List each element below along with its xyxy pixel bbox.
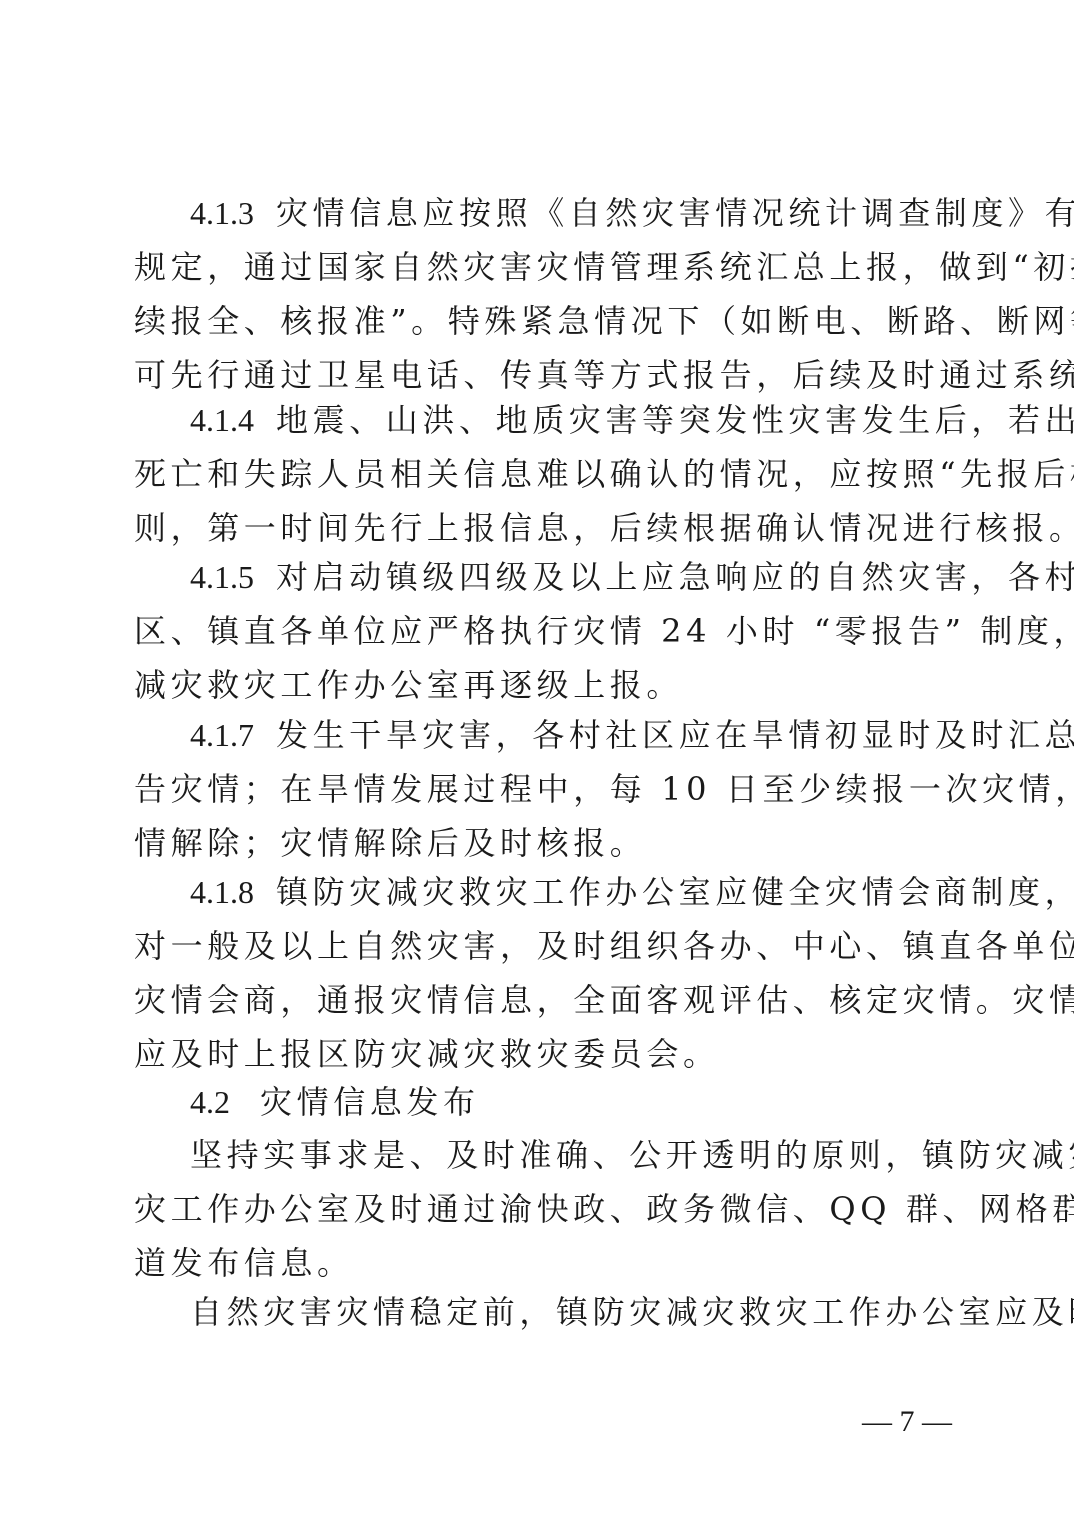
document-page: 4.1.3灾情信息应按照《自然灾害情况统计调查制度》有关 规定，通过国家自然灾害…	[0, 0, 1074, 1520]
paragraph-4-1-3-line-4: 可先行通过卫星电话、传真等方式报告，后续及时通过系统补报。	[134, 355, 946, 395]
paragraph-4-1-8-line-1: 4.1.8镇防灾减灾救灾工作办公室应健全灾情会商制度，针	[190, 872, 946, 912]
section-number: 4.1.5	[190, 559, 254, 595]
paragraph-4-1-5-line-2: 区、镇直各单位应严格执行灾情 24 小时 “零报告” 制度，镇防灾	[134, 611, 946, 651]
paragraph-4-1-7-line-2: 告灾情；在旱情发展过程中，每 10 日至少续报一次灾情，直至灾	[134, 769, 946, 809]
section-heading-4-2: 4.2灾情信息发布	[190, 1082, 946, 1122]
paragraph-4-1-4-line-1: 4.1.4地震、山洪、地质灾害等突发性灾害发生后，若出现	[190, 400, 946, 440]
paragraph-4-1-3-line-3: 续报全、核报准”。特殊紧急情况下（如断电、断路、断网等），	[134, 301, 946, 341]
paragraph-publish-line-3: 道发布信息。	[134, 1243, 946, 1283]
paragraph-4-1-5-line-3: 减灾救灾工作办公室再逐级上报。	[134, 665, 946, 705]
paragraph-4-1-7-line-3: 情解除；灾情解除后及时核报。	[134, 823, 946, 863]
page-number: — 7 —	[862, 1404, 952, 1440]
section-number: 4.1.4	[190, 402, 254, 438]
paragraph-4-1-8-line-4: 应及时上报区防灾减灾救灾委员会。	[134, 1034, 946, 1074]
paragraph-4-1-3-line-1: 4.1.3灾情信息应按照《自然灾害情况统计调查制度》有关	[190, 193, 946, 233]
paragraph-4-1-8-line-2: 对一般及以上自然灾害，及时组织各办、中心、镇直各单位开展	[134, 926, 946, 966]
paragraph-4-1-7-line-1: 4.1.7发生干旱灾害，各村社区应在旱情初显时及时汇总报	[190, 715, 946, 755]
section-number: 4.1.3	[190, 195, 254, 231]
paragraph-publish-line-2: 灾工作办公室及时通过渝快政、政务微信、QQ 群、网格群等渠	[134, 1189, 946, 1229]
paragraph-4-1-4-line-2: 死亡和失踪人员相关信息难以确认的情况，应按照“先报后核”原	[134, 454, 946, 494]
paragraph-publish-line-1: 坚持实事求是、及时准确、公开透明的原则，镇防灾减灾救	[190, 1135, 946, 1175]
section-number: 4.2	[190, 1084, 230, 1120]
section-number: 4.1.7	[190, 717, 254, 753]
section-number: 4.1.8	[190, 874, 254, 910]
paragraph-4-1-3-line-2: 规定，通过国家自然灾害灾情管理系统汇总上报，做到“初报快、	[134, 247, 946, 287]
paragraph-4-1-4-line-3: 则，第一时间先行上报信息，后续根据确认情况进行核报。	[134, 508, 946, 548]
paragraph-4-1-8-line-3: 灾情会商，通报灾情信息，全面客观评估、核定灾情。灾情信息	[134, 980, 946, 1020]
paragraph-before-stable-line-1: 自然灾害灾情稳定前，镇防灾减灾救灾工作办公室应及时向	[190, 1292, 946, 1332]
paragraph-4-1-5-line-1: 4.1.5对启动镇级四级及以上应急响应的自然灾害，各村社	[190, 557, 946, 597]
